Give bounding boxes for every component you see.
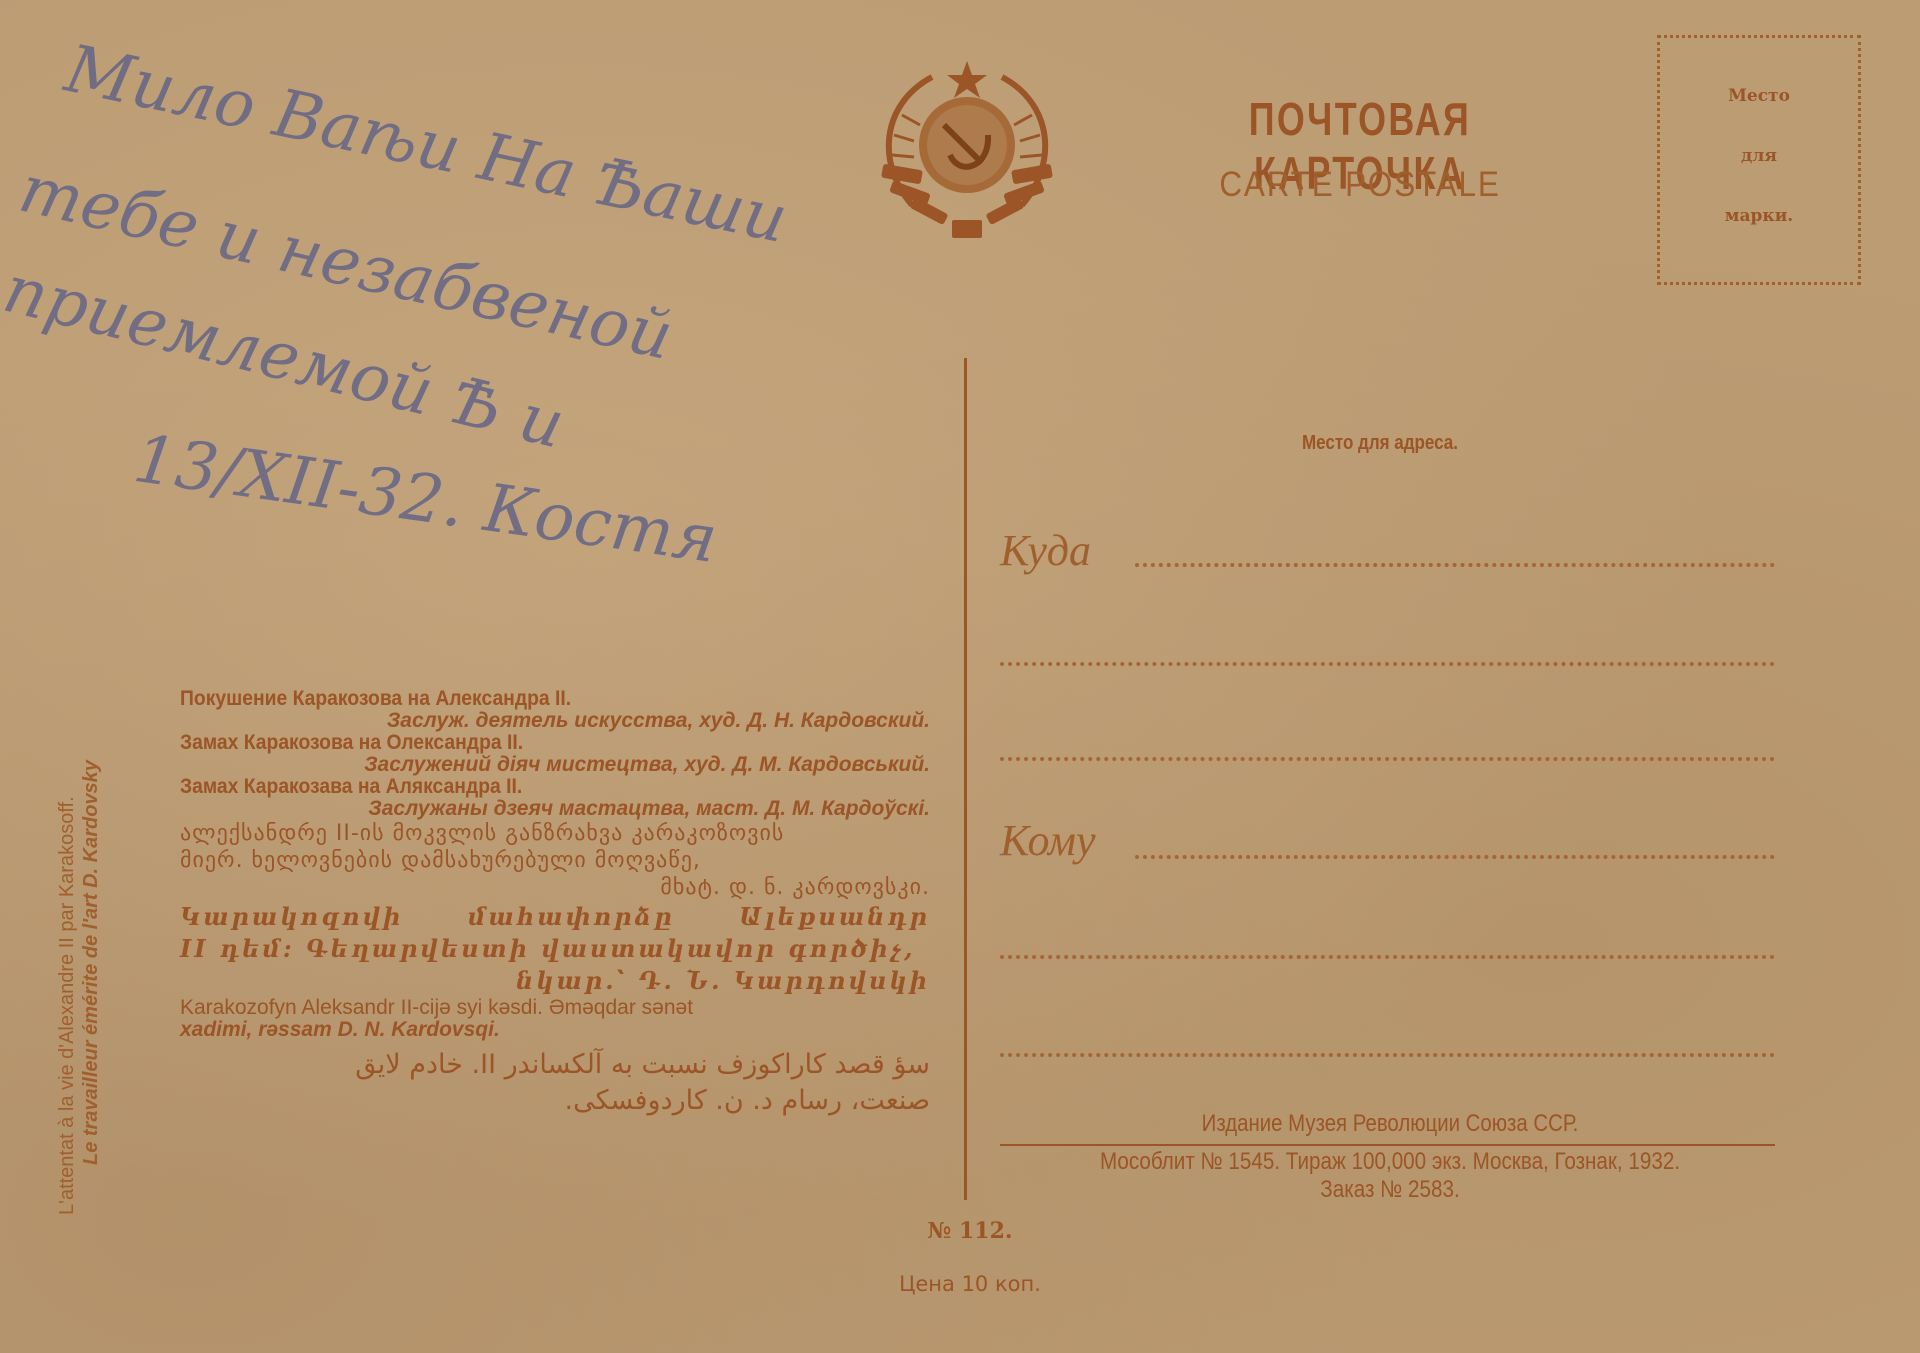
caption-hy-line-2: II դեմ: Գեղարվեստի վաստակավոր գործիչ,: [180, 933, 930, 965]
multilingual-caption: Покушение Каракозова на Александра II. З…: [180, 688, 930, 1119]
caption-ru-title: Покушение Каракозова на Александра II.: [180, 688, 571, 710]
recipient-line-2[interactable]: [1000, 955, 1775, 959]
caption-hy-line-3: նկար.՝ Դ. Ն. Կարդովսկի: [180, 965, 930, 997]
publisher-rule: [1000, 1144, 1775, 1146]
print-info-line: Мособлит № 1545. Тираж 100,000 экз. Моск…: [1046, 1148, 1734, 1176]
caption-ka-line-1: ალექსანდრე II-ის მოკვლის განზრახვა კარაკ…: [180, 820, 930, 847]
to-where-label: Куда: [1000, 525, 1091, 576]
caption-hy-line-1: Կարակոզովի մահափորձը Ալեքսանդր: [180, 901, 930, 933]
caption-uk-title: Замах Каракозова на Олександра II.: [180, 732, 523, 754]
caption-fa-line-2: صنعت، رسام د. ن. کاردوفسکی.: [180, 1083, 930, 1119]
address-line-2[interactable]: [1000, 662, 1775, 666]
caption-be-author: Заслужаны дзеяч мастацтва, маст. Д. М. К…: [180, 798, 930, 820]
recipient-line-3[interactable]: [1000, 1053, 1775, 1057]
caption-az-line-1: Karakozofyn Aleksandr II-cijə syi kəsdi.…: [180, 997, 930, 1019]
to-whom-label: Кому: [1000, 815, 1095, 866]
caption-ka-line-2: მიერ. ხელოვნების დამსახურებული მოღვაწე,: [180, 847, 930, 874]
price-label: Цена 10 коп.: [840, 1272, 1100, 1296]
caption-ru-author: Заслуж. деятель искусства, худ. Д. Н. Ка…: [180, 710, 930, 732]
card-title-french: CARTE POSTALE: [1126, 165, 1594, 205]
address-line-3[interactable]: [1000, 757, 1775, 761]
order-number: Заказ № 2583.: [1218, 1176, 1562, 1204]
center-divider: [964, 358, 967, 1200]
postcard: ПОЧТОВАЯ КАРТОЧКА CARTE POSTALE Место дл…: [0, 0, 1920, 1353]
card-number: № 112.: [880, 1218, 1060, 1244]
vertical-caption-line-2: Le travailleur émérite de l'art D. Kardo…: [79, 455, 103, 1215]
stamp-box-label-line-3: марки.: [1660, 206, 1858, 226]
caption-be-title: Замах Каракозава на Аляксандра II.: [180, 776, 522, 798]
caption-uk-author: Заслужений діяч мистецтва, худ. Д. М. Ка…: [180, 754, 930, 776]
caption-ka-line-3: მხატ. დ. ნ. კარდოვსკი.: [180, 874, 930, 901]
stamp-placement-box: Место для марки.: [1657, 35, 1861, 285]
publisher-line: Издание Музея Революции Союза ССР.: [1135, 1110, 1645, 1138]
address-line-1[interactable]: [1135, 563, 1775, 567]
caption-fa-line-1: سؤ قصد کاراکوزف نسبت به آلکساندر II. خاد…: [180, 1047, 930, 1083]
vertical-caption-line-1: L'attentat à la vie d'Alexandre II par K…: [55, 455, 79, 1215]
vertical-french-caption: L'attentat à la vie d'Alexandre II par K…: [55, 455, 103, 1215]
stamp-box-label-line-1: Место: [1660, 86, 1858, 106]
address-area-label: Место для адреса.: [1253, 432, 1508, 455]
ussr-coat-of-arms-icon: [872, 55, 1062, 240]
stamp-box-label-line-2: для: [1660, 146, 1858, 166]
caption-az-line-2: xadimi, rəssam D. N. Kardovsqi.: [180, 1019, 930, 1041]
recipient-line-1[interactable]: [1135, 855, 1775, 859]
